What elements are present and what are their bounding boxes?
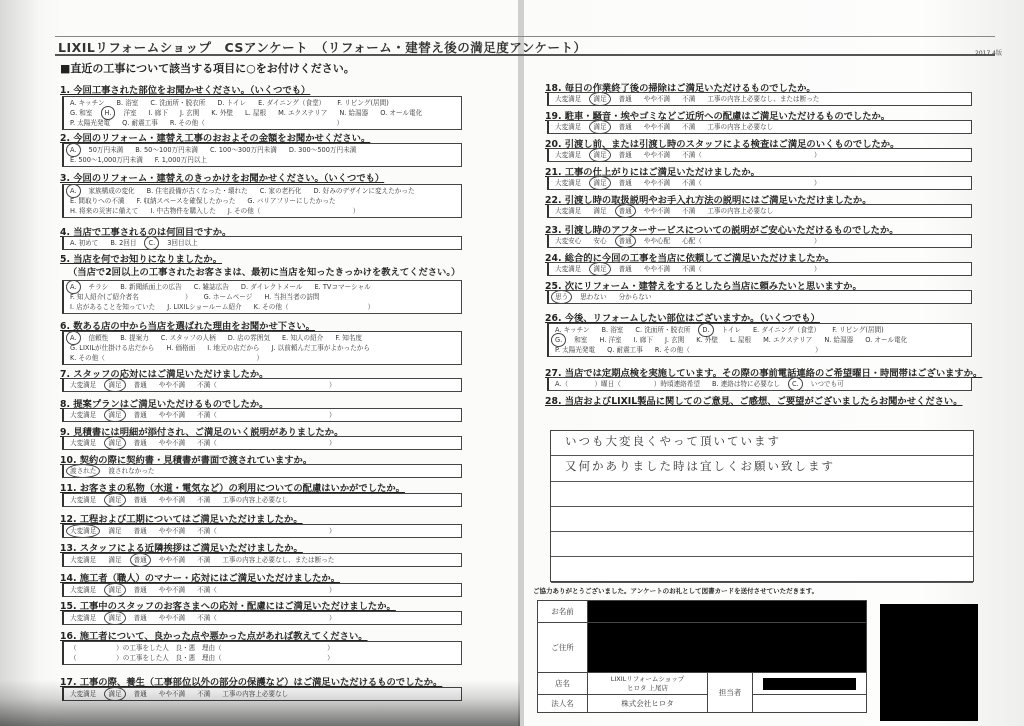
option[interactable]: 工事の内容上必要なし、または断った <box>707 94 819 104</box>
selected-option[interactable]: 満足 <box>593 122 606 132</box>
option[interactable]: 大変満足 <box>70 555 96 565</box>
selected-option[interactable]: 満足 <box>593 264 606 274</box>
answer-row: 大変満足満足普通やや不満不満（ ） <box>555 264 965 274</box>
answer-box: 大変満足満足普通やや不満不満（ ） <box>62 408 462 422</box>
option[interactable]: 大変満足 <box>70 613 96 623</box>
answer-row: A.チラシB. 新聞紙面上の広告C. 雑誌広告D. ダイレクトメールE. TVコ… <box>70 282 455 292</box>
store-name-1: LIXILリフォームショップ <box>611 675 685 683</box>
answer-row: （ ）の工事をした人 良・悪 理由（ ） <box>70 653 455 663</box>
answer-row: 大変満足満足普通やや不満不満工事の内容上必要なし <box>555 206 965 216</box>
option[interactable]: 不満 <box>197 495 210 505</box>
selected-option[interactable]: H. <box>105 108 112 118</box>
option[interactable]: やや不満 <box>159 585 185 595</box>
option[interactable]: F. リビング(居間) <box>832 325 884 335</box>
option[interactable]: 普通 <box>619 150 632 160</box>
option[interactable]: 普通 <box>619 94 632 104</box>
option[interactable]: 心配（ ） <box>682 236 820 246</box>
option[interactable]: B. 浴室 <box>117 98 139 108</box>
option[interactable]: やや不満 <box>644 178 670 188</box>
question-r-11: 28. 当店およびLIXIL製品に関してのご意見、ご感想、ご要望がございましたら… <box>545 393 963 407</box>
option[interactable]: 家族構成の変化 <box>89 186 135 196</box>
answer-row: 大変満足満足普通やや不満不満工事の内容上必要なし <box>555 122 965 132</box>
option[interactable]: やや不満 <box>644 206 670 216</box>
option[interactable]: K. 外壁 <box>211 108 233 118</box>
answer-row: 大変満足満足普通やや不満不満（ ） <box>70 410 455 420</box>
option[interactable]: G. 和室 <box>70 108 93 118</box>
selected-option[interactable]: 思う <box>555 292 568 302</box>
option[interactable]: Q. 耐震工事 <box>122 118 158 128</box>
option[interactable]: 不満（ ） <box>682 178 820 188</box>
name-label: お名前 <box>538 601 588 623</box>
option[interactable]: I. 地元の店だから <box>207 343 259 353</box>
option[interactable]: 大変満足 <box>70 495 96 505</box>
option[interactable]: B. 50～100万円未満 <box>135 145 198 155</box>
option[interactable]: やや不満 <box>159 380 185 390</box>
answer-box: 大変満足満足普通やや不満不満（ ） <box>547 148 972 162</box>
answer-row: E. 間取りへの不満F. 収納スペースを確保したかったG. バリアフリーにしたか… <box>70 196 455 206</box>
store-value: LIXILリフォームショップヒロタ 上尾店 <box>588 673 708 695</box>
corp-value: 株式会社ヒロタ <box>588 695 708 713</box>
option[interactable]: 不満 <box>682 94 695 104</box>
option[interactable]: K. その他（ ） <box>254 302 375 312</box>
comment-line-2: 又何かありました時は宜しくお願い致します <box>565 458 835 474</box>
option[interactable]: E. ダイニング（食堂） <box>258 98 325 108</box>
question-l-14: 14. 施工者（職人）のマナー・応対にはご満足いただけましたか。 <box>60 570 340 584</box>
question-r-9: 26. 今後、リフォームしたい部位はございますか。（いくつでも） <box>545 310 820 324</box>
option[interactable]: やや不満 <box>644 150 670 160</box>
title-rule <box>55 54 995 56</box>
option[interactable]: O. オール電化 <box>865 335 907 345</box>
selected-option[interactable]: 渡された <box>70 466 96 476</box>
option[interactable]: 不満 <box>682 122 695 132</box>
answer-box: 大変満足満足普通やや不満不満（ ） <box>62 583 462 597</box>
option[interactable]: N. 給湯器 <box>824 335 853 345</box>
option[interactable]: B. 浴室 <box>602 325 624 335</box>
option[interactable]: F. リビング(居間) <box>337 98 389 108</box>
option[interactable]: I. 中古物件を購入した <box>150 206 215 216</box>
option[interactable]: いつでも可 <box>811 379 844 389</box>
option[interactable]: P. 太陽光発電 <box>70 118 110 128</box>
customer-info-table: お名前 ご住所 店名LIXILリフォームショップヒロタ 上尾店担当者 法人名株式… <box>537 600 867 713</box>
answer-row: 渡された渡されなかった <box>70 466 455 476</box>
option[interactable]: B. 提案力 <box>120 333 149 343</box>
thanks-note: ご協力ありがとうございました。アンケートのお礼として図書カードを送付させていただ… <box>533 586 818 595</box>
answer-box: 大変満足満足普通やや不満不満（ ） <box>547 176 972 190</box>
option[interactable]: F. 知名度 <box>335 333 362 343</box>
option[interactable]: M. エクステリア <box>763 335 812 345</box>
answer-row: 大変満足満足普通やや不満不満工事の内容上必要なし、または断った <box>70 555 455 565</box>
option[interactable]: 満足 <box>108 555 121 565</box>
option[interactable]: トイレ <box>722 325 741 335</box>
option[interactable]: 普通 <box>134 438 147 448</box>
option[interactable]: B. 新聞紙面上の広告 <box>120 282 181 292</box>
option[interactable]: やや不満 <box>644 122 670 132</box>
option[interactable]: 大変満足 <box>555 264 581 274</box>
answer-row: P. 太陽光発電Q. 耐震工事R. その他（ ） <box>555 345 965 355</box>
question-l-3: 3. 今回のリフォーム・建替えのきっかけをお聞かせください。（いくつでも） <box>60 170 384 184</box>
option[interactable]: 不満（ ） <box>197 410 335 420</box>
version-date: 2017.4版 <box>975 48 1002 57</box>
store-name-2: ヒロタ 上尾店 <box>627 684 668 692</box>
option[interactable]: 分からない <box>619 292 652 302</box>
option[interactable]: やや不満 <box>644 94 670 104</box>
answer-row: 大変満足満足普通やや不満不満（ ） <box>70 585 455 595</box>
selected-option[interactable]: 満足 <box>593 178 606 188</box>
option[interactable]: J. LIXILショールーム紹介 <box>167 302 241 312</box>
selected-option[interactable]: 満足 <box>593 150 606 160</box>
selected-option[interactable]: 満足 <box>108 613 121 623</box>
selected-option[interactable]: A. <box>70 186 77 196</box>
answer-row: P. 太陽光発電Q. 耐震工事R. その他（ ） <box>70 118 455 128</box>
question-l-11: 11. お客さまの私物（水道・電気など）の利用についての配慮はいかがでしたか。 <box>60 480 405 494</box>
answer-row: 大変満足満足普通やや不満不満（ ） <box>555 150 965 160</box>
answer-row: A.家族構成の変化B. 住宅設備が古くなった・壊れたC. 家の老朽化D. 好みの… <box>70 186 455 196</box>
answer-box: A. キッチンB. 浴室C. 洗面所・脱衣所D. トイレE. ダイニング（食堂）… <box>62 96 462 130</box>
option[interactable]: C. 家の老朽化 <box>260 186 302 196</box>
address-label: ご住所 <box>538 623 588 673</box>
option[interactable]: （ ）の工事をした人 良・悪 理由（ ） <box>70 643 334 653</box>
selected-option[interactable]: 満足 <box>108 438 121 448</box>
answer-row: H. 将来の災害に備えてI. 中古物件を購入したJ. その他（ ） <box>70 206 455 216</box>
instruction-lead: ■直近の工事について該当する項目に○をお付けください。 <box>60 60 355 76</box>
option[interactable]: I. 廊下 <box>634 335 653 345</box>
answer-box: 大変満足満足普通やや不満不満（ ） <box>62 524 462 538</box>
answer-row: 大変安心安心普通やや心配心配（ ） <box>555 236 965 246</box>
staff-redacted <box>763 678 856 690</box>
question-l-15: 15. 工事中のスタッフのお客さまへの応対・配慮にはご満足いただけましたか。 <box>60 598 396 612</box>
option[interactable]: 大変安心 <box>555 236 581 246</box>
option[interactable]: E. 知人の紹介 <box>282 333 323 343</box>
option[interactable]: G. ホームページ <box>204 292 253 302</box>
option[interactable]: I. 店があることを知っていた <box>70 302 155 312</box>
answer-row: E. 500～1,000万円未満F. 1,000万円以上 <box>70 155 455 165</box>
answer-row: 大変満足満足普通やや不満不満（ ） <box>70 526 455 536</box>
answer-row: 大変満足満足普通やや不満不満工事の内容上必要なし、または断った <box>555 94 965 104</box>
selected-option[interactable]: A. <box>70 282 77 292</box>
option[interactable]: 50万円未満 <box>89 145 124 155</box>
answer-box: A.家族構成の変化B. 住宅設備が古くなった・壊れたC. 家の老朽化D. 好みの… <box>62 184 462 218</box>
answer-row: A.信頼性B. 提案力C. スタッフの人柄D. 店の雰囲気E. 知人の紹介F. … <box>70 333 455 343</box>
answer-row: A.（ ）曜日（ ）時頃連絡希望B. 連絡は特に必要なしC.いつでも可 <box>555 379 965 389</box>
answer-row: 大変満足満足普通やや不満不満工事の内容上必要なし <box>70 495 455 505</box>
option[interactable]: （ ）の工事をした人 良・悪 理由（ ） <box>70 653 334 663</box>
corp-label: 法人名 <box>538 695 588 713</box>
option[interactable]: やや不満 <box>159 526 185 536</box>
option[interactable]: 大変満足 <box>555 150 581 160</box>
option[interactable]: 普通 <box>134 410 147 420</box>
answer-row: （ ）の工事をした人 良・悪 理由（ ） <box>70 643 455 653</box>
answer-box: 大変満足満足普通やや不満不満（ ） <box>62 378 462 392</box>
option[interactable]: F. 収納スペースを確保したかった <box>137 196 236 206</box>
question-l-1: 1. 今回工事された部位をお聞かせください。（いくつでも） <box>60 82 310 96</box>
option[interactable]: B. 連絡は特に必要なし <box>712 379 780 389</box>
option[interactable]: 不満 <box>197 555 210 565</box>
answer-row: K. その他（ ） <box>70 353 455 363</box>
option[interactable]: I. 廊下 <box>149 108 168 118</box>
answer-box: 大変満足満足普通やや不満不満工事の内容上必要なし <box>547 120 972 134</box>
option[interactable]: 満足 <box>593 206 606 216</box>
answer-row: A. キッチンB. 浴室C. 洗面所・脱衣所D. トイレE. ダイニング（食堂）… <box>70 98 455 108</box>
option[interactable]: 普通 <box>619 122 632 132</box>
option[interactable]: 工事の内容上必要なし、または断った <box>222 555 334 565</box>
option[interactable]: 不満（ ） <box>197 526 335 536</box>
option[interactable]: チラシ <box>89 282 109 292</box>
option[interactable]: 普通 <box>134 495 147 505</box>
answer-box: 大変満足満足普通やや不満不満工事の内容上必要なし、または断った <box>547 92 972 106</box>
scan-shadow <box>0 680 520 726</box>
answer-row: G.和室H. 洋室I. 廊下J. 玄関K. 外壁L. 屋根M. エクステリアN.… <box>555 335 965 345</box>
option[interactable]: G. LIXILが仕掛ける店だから <box>70 343 154 353</box>
option[interactable]: 不満（ ） <box>682 264 820 274</box>
answer-box: 大変満足満足普通やや不満不満工事の内容上必要なし <box>62 493 462 507</box>
answer-box: 大変満足満足普通やや不満不満（ ） <box>547 262 972 276</box>
answer-box: 大変安心安心普通やや心配心配（ ） <box>547 234 972 248</box>
option[interactable]: E. 間取りへの不満 <box>70 196 125 206</box>
store-label: 店名 <box>538 673 588 695</box>
option[interactable]: やや不満 <box>159 410 185 420</box>
selected-option[interactable]: 普通 <box>134 555 147 565</box>
answer-box: 大変満足満足普通やや不満不満工事の内容上必要なし、または断った <box>62 553 462 567</box>
option[interactable]: やや不満 <box>644 264 670 274</box>
selected-option[interactable]: A. <box>70 333 77 343</box>
option[interactable]: 洋室 <box>123 108 136 118</box>
selected-option[interactable]: A. <box>70 145 77 155</box>
option[interactable]: L. 屋根 <box>245 108 266 118</box>
option[interactable]: 工事の内容上必要なし <box>707 206 773 216</box>
selected-option[interactable]: 満足 <box>108 410 121 420</box>
option[interactable]: 信頼性 <box>89 333 109 343</box>
option[interactable]: H. 価格面 <box>166 343 195 353</box>
answer-row: A. キッチンB. 浴室C. 洗面所・脱衣所D.トイレE. ダイニング（食堂）F… <box>555 325 965 335</box>
option[interactable]: 普通 <box>134 585 147 595</box>
option[interactable]: R. その他（ ） <box>655 345 822 355</box>
answer-row: 大変満足満足普通やや不満不満（ ） <box>70 380 455 390</box>
option[interactable]: A. 初めて <box>70 238 98 248</box>
option[interactable]: 普通 <box>134 380 147 390</box>
option[interactable]: Q. 耐震工事 <box>607 345 643 355</box>
answer-box: 思う思わない分からない <box>547 290 972 304</box>
answer-box: 大変満足満足普通やや不満不満（ ） <box>62 436 462 450</box>
answer-row: A.50万円未満B. 50～100万円未満C. 100～300万円未満D. 30… <box>70 145 455 155</box>
option[interactable]: 安心 <box>593 236 606 246</box>
option[interactable]: 普通 <box>134 613 147 623</box>
answer-box: A. キッチンB. 浴室C. 洗面所・脱衣所D.トイレE. ダイニング（食堂）F… <box>547 323 972 357</box>
selected-option[interactable]: C. <box>148 238 155 248</box>
selected-option[interactable]: 普通 <box>619 236 632 246</box>
option[interactable]: D. トイレ <box>217 98 246 108</box>
option[interactable]: 大変満足 <box>70 380 96 390</box>
answer-box: 大変満足満足普通やや不満不満（ ） <box>62 611 462 625</box>
option[interactable]: M. エクステリア <box>278 108 327 118</box>
answer-box: A.チラシB. 新聞紙面上の広告C. 雑誌広告D. ダイレクトメールE. TVコ… <box>62 280 462 314</box>
answer-box: 渡された渡されなかった <box>62 464 462 478</box>
selected-option[interactable]: G. <box>555 335 562 345</box>
option[interactable]: 和室 <box>574 335 587 345</box>
option[interactable]: B. 2回目 <box>110 238 136 248</box>
option[interactable]: J. 玄関 <box>180 108 199 118</box>
option[interactable]: 不満（ ） <box>197 613 335 623</box>
option[interactable]: C. 洗面所・脱衣所 <box>150 98 205 108</box>
answer-box: A.50万円未満B. 50～100万円未満C. 100～300万円未満D. 30… <box>62 143 462 167</box>
selected-option[interactable]: 満足 <box>108 380 121 390</box>
option[interactable]: やや不満 <box>159 613 185 623</box>
option[interactable]: A.（ ）曜日（ ）時頃連絡希望 <box>555 379 700 389</box>
option[interactable]: D. 好みのデザインに変えたかった <box>313 186 414 196</box>
option[interactable]: やや心配 <box>644 236 670 246</box>
comment-box[interactable] <box>550 430 974 582</box>
option[interactable]: L. 屋根 <box>730 335 751 345</box>
answer-row: G. LIXILが仕掛ける店だからH. 価格面I. 地元の店だからJ. 以前頼ん… <box>70 343 455 353</box>
option[interactable]: 不満（ ） <box>197 585 335 595</box>
option[interactable]: C. 洗面所・脱衣所 <box>635 325 690 335</box>
option[interactable]: R. その他（ ） <box>170 118 343 128</box>
option[interactable]: E. TVコマーシャル <box>314 282 370 292</box>
question-l-12: 12. 工程および工期についてはご満足いただけましたか。 <box>60 511 303 525</box>
selected-option[interactable]: D. <box>702 325 709 335</box>
address-redacted <box>588 623 867 673</box>
answer-row: I. 店があることを知っていたJ. LIXILショールーム紹介K. その他（ ） <box>70 302 455 312</box>
option[interactable]: 渡されなかった <box>108 466 154 476</box>
question-l-13: 13. スタッフによる近隣挨拶はご満足いただけましたか。 <box>60 540 303 554</box>
option[interactable]: 不満（ ） <box>197 438 335 448</box>
answer-row: A. 初めてB. 2回目C.3回目以上 <box>70 238 455 248</box>
option[interactable]: 普通 <box>619 178 632 188</box>
option[interactable]: 思わない <box>580 292 606 302</box>
option[interactable]: 工事の内容上必要なし <box>222 495 288 505</box>
question-l-6: 6. 数ある店の中から当店を選ばれた理由をお聞かせ下さい。 <box>60 318 315 332</box>
answer-row: 思う思わない分からない <box>555 292 965 302</box>
answer-row: G. 和室H.洋室I. 廊下J. 玄関K. 外壁L. 屋根M. エクステリアN.… <box>70 108 455 118</box>
selected-option[interactable]: 満足 <box>108 495 121 505</box>
option[interactable]: 不満（ ） <box>682 150 820 160</box>
answer-box: A. 初めてB. 2回目C.3回目以上 <box>62 236 462 250</box>
staff-label: 担当者 <box>708 673 753 713</box>
option[interactable]: やや不満 <box>159 438 185 448</box>
option[interactable]: やや不満 <box>159 495 185 505</box>
option[interactable]: E. ダイニング（食堂） <box>753 325 820 335</box>
option[interactable]: D. 300～500万円未満 <box>289 145 356 155</box>
option[interactable]: C. 雑誌広告 <box>194 282 229 292</box>
option[interactable]: 3回目以上 <box>167 238 198 248</box>
option[interactable]: F. 1,000万円以上 <box>155 155 207 165</box>
option[interactable]: 満足 <box>108 526 121 536</box>
selected-option[interactable]: 満足 <box>593 94 606 104</box>
option[interactable]: 大変満足 <box>70 585 96 595</box>
option[interactable]: 大変満足 <box>555 206 581 216</box>
selected-option[interactable]: 満足 <box>108 585 121 595</box>
option[interactable]: K. その他（ ） <box>70 353 263 363</box>
option[interactable]: N. 給湯器 <box>339 108 368 118</box>
option[interactable]: C. 100～300万円未満 <box>210 145 277 155</box>
option[interactable]: J. 玄関 <box>665 335 684 345</box>
staff-cell <box>753 673 867 695</box>
answer-row: F. 知人紹介(ご紹介者名 ）G. ホームページH. 当担当者の訪問 <box>70 292 455 302</box>
option[interactable]: P. 太陽光発電 <box>555 345 595 355</box>
option[interactable]: K. 外壁 <box>696 335 718 345</box>
question-l-5: 5. 当店を何でお知りになりましたか。 <box>60 251 222 265</box>
option[interactable]: 不満 <box>682 206 695 216</box>
option[interactable]: 大変満足 <box>70 410 96 420</box>
answer-box: 大変満足満足普通やや不満不満工事の内容上必要なし <box>547 204 972 218</box>
option[interactable]: H. 当担当者の訪問 <box>264 292 319 302</box>
answer-box: （ ）の工事をした人 良・悪 理由（ ）（ ）の工事をした人 良・悪 理由（ ） <box>62 641 462 665</box>
option[interactable]: B. 住宅設備が古くなった・壊れた <box>147 186 248 196</box>
comment-line-1: いつも大変良くやって頂いています <box>565 433 781 449</box>
option[interactable]: 大変満足 <box>555 122 581 132</box>
option[interactable]: O. オール電化 <box>380 108 422 118</box>
option[interactable]: A. キッチン <box>70 98 105 108</box>
question-l-16: 16. 施工者について、良かった点や悪かった点があれば教えてください。 <box>60 628 368 642</box>
option[interactable]: 普通 <box>619 264 632 274</box>
question-sub: （当店で2回以上の工事されたお客さまは、最初に当店を知ったきっかけを教えてくださ… <box>68 264 460 278</box>
name-redacted <box>588 601 867 623</box>
option[interactable]: やや不満 <box>159 555 185 565</box>
option[interactable]: C. スタッフの人柄 <box>161 333 216 343</box>
option[interactable]: H. 将来の災害に備えて <box>70 206 138 216</box>
option[interactable]: J. 以前頼んだ工事がよかったから <box>272 343 370 353</box>
answer-row: 大変満足満足普通やや不満不満（ ） <box>70 438 455 448</box>
redacted-block <box>880 604 978 721</box>
option[interactable]: D. 店の雰囲気 <box>228 333 270 343</box>
answer-row: 大変満足満足普通やや不満不満（ ） <box>70 613 455 623</box>
option[interactable]: G. バリアフリーにしたかった <box>247 196 335 206</box>
option[interactable]: H. 洋室 <box>599 335 621 345</box>
option[interactable]: F. 知人紹介(ご紹介者名 ） <box>70 292 192 302</box>
option[interactable]: 大変満足 <box>555 94 581 104</box>
option[interactable]: 普通 <box>134 526 147 536</box>
answer-box: A.信頼性B. 提案力C. スタッフの人柄D. 店の雰囲気E. 知人の紹介F. … <box>62 331 462 365</box>
option[interactable]: J. その他（ ） <box>228 206 359 216</box>
answer-row: 大変満足満足普通やや不満不満（ ） <box>555 178 965 188</box>
option[interactable]: 工事の内容上必要なし <box>707 122 773 132</box>
page-gutter <box>518 0 524 726</box>
option[interactable]: 不満（ ） <box>197 380 335 390</box>
option[interactable]: 大変満足 <box>555 178 581 188</box>
answer-box: A.（ ）曜日（ ）時頃連絡希望B. 連絡は特に必要なしC.いつでも可 <box>547 377 972 391</box>
title-rule-top <box>55 36 995 37</box>
selected-option[interactable]: 大変満足 <box>70 526 96 536</box>
option[interactable]: D. ダイレクトメール <box>241 282 303 292</box>
question-l-2: 2. 今回のリフォーム・建替え工事のおおよその金額をお聞かせください。 <box>60 130 370 144</box>
option[interactable]: 大変満足 <box>70 438 96 448</box>
selected-option[interactable]: 普通 <box>619 206 632 216</box>
staff-cell-empty <box>753 695 867 713</box>
option[interactable]: E. 500～1,000万円未満 <box>70 155 143 165</box>
selected-option[interactable]: C. <box>792 379 799 389</box>
